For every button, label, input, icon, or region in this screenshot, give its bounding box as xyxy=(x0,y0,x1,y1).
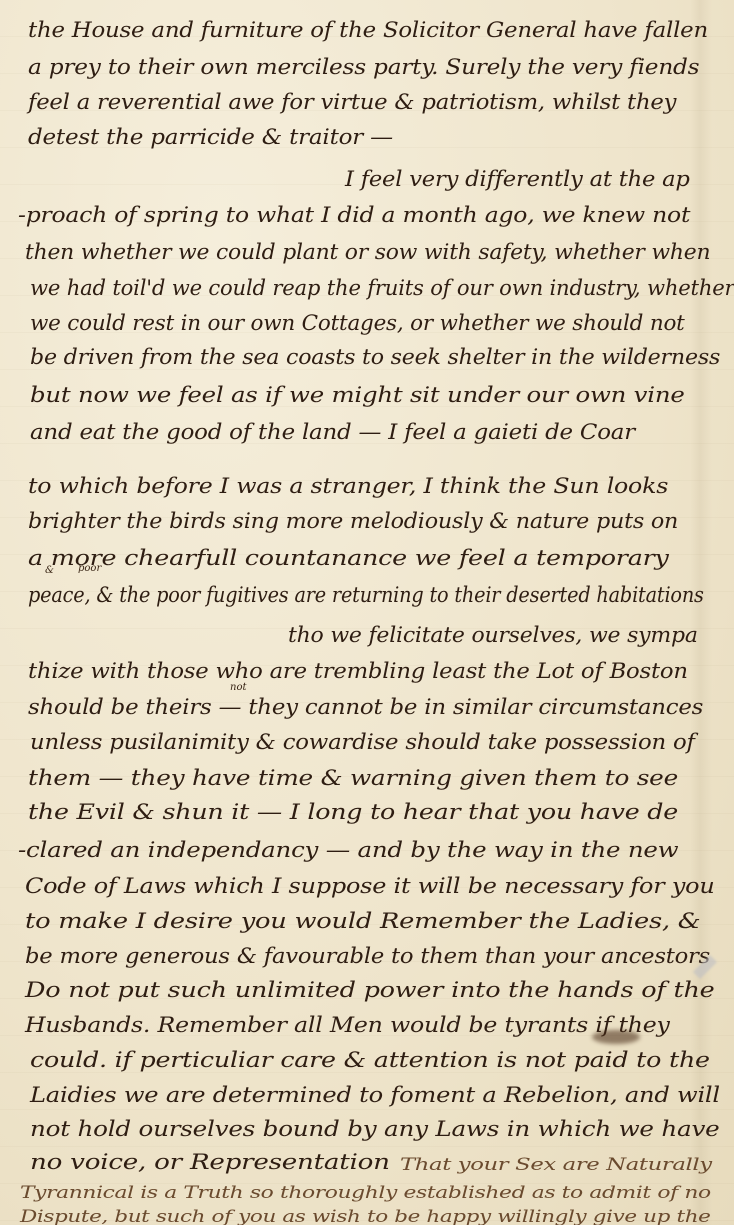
manuscript-line: I feel very differently at the ap xyxy=(345,167,690,191)
manuscript-line: brighter the birds sing more melodiously… xyxy=(28,509,678,533)
manuscript-line: Dispute, but such of you as wish to be h… xyxy=(20,1207,711,1225)
manuscript-line: we had toil'd we could reap the fruits o… xyxy=(30,276,734,300)
manuscript-line: detest the parricide & traitor — xyxy=(28,125,393,149)
manuscript-line: Tyrannical is a Truth so thoroughly esta… xyxy=(20,1183,711,1203)
manuscript-line: Laidies we are determined to foment a Re… xyxy=(30,1083,720,1107)
manuscript-line: a more chearfull countanance we feel a t… xyxy=(28,546,669,570)
manuscript-line: That your Sex are Naturally xyxy=(400,1155,712,1175)
interlinear-insert: & xyxy=(45,565,54,576)
manuscript-line: to which before I was a stranger, I thin… xyxy=(28,474,668,498)
manuscript-line: we could rest in our own Cottages, or wh… xyxy=(30,311,685,335)
manuscript-line: but now we feel as if we might sit under… xyxy=(30,383,685,407)
manuscript-line: no voice, or Representation xyxy=(30,1150,390,1174)
ink-blot xyxy=(592,1030,640,1044)
manuscript-line: Husbands. Remember all Men would be tyra… xyxy=(25,1013,670,1037)
manuscript-line: and eat the good of the land — I feel a … xyxy=(30,420,635,444)
manuscript-line: peace, & the poor fugitives are returnin… xyxy=(28,583,704,607)
manuscript-page: the House and furniture of the Solicitor… xyxy=(0,0,734,1225)
manuscript-line: feel a reverential awe for virtue & patr… xyxy=(28,90,676,114)
manuscript-line: then whether we could plant or sow with … xyxy=(25,240,710,264)
manuscript-line: be more generous & favourable to them th… xyxy=(25,944,710,968)
manuscript-line: should be theirs — they cannot be in sim… xyxy=(28,695,703,719)
manuscript-line: Do not put such unlimited power into the… xyxy=(25,978,715,1002)
manuscript-line: -proach of spring to what I did a month … xyxy=(18,203,690,227)
interlinear-insert: poor xyxy=(78,563,101,574)
manuscript-line: them — they have time & warning given th… xyxy=(28,766,678,790)
manuscript-line: could. if perticuliar care & attention i… xyxy=(30,1048,710,1072)
manuscript-line: to make I desire you would Remember the … xyxy=(25,909,700,933)
manuscript-line: a prey to their own merciless party. Sur… xyxy=(28,55,699,79)
manuscript-line: -clared an independancy — and by the way… xyxy=(18,838,678,862)
manuscript-line: the Evil & shun it — I long to hear that… xyxy=(28,800,678,824)
manuscript-line: unless pusilanimity & cowardise should t… xyxy=(30,730,695,754)
manuscript-line: tho we felicitate ourselves, we sympa xyxy=(288,623,698,647)
manuscript-line: Code of Laws which I suppose it will be … xyxy=(25,874,715,898)
manuscript-line: not hold ourselves bound by any Laws in … xyxy=(30,1117,719,1141)
manuscript-line: the House and furniture of the Solicitor… xyxy=(28,18,708,42)
interlinear-insert: not xyxy=(230,682,246,693)
manuscript-line: be driven from the sea coasts to seek sh… xyxy=(30,345,720,369)
manuscript-line: thize with those who are trembling least… xyxy=(28,659,688,683)
